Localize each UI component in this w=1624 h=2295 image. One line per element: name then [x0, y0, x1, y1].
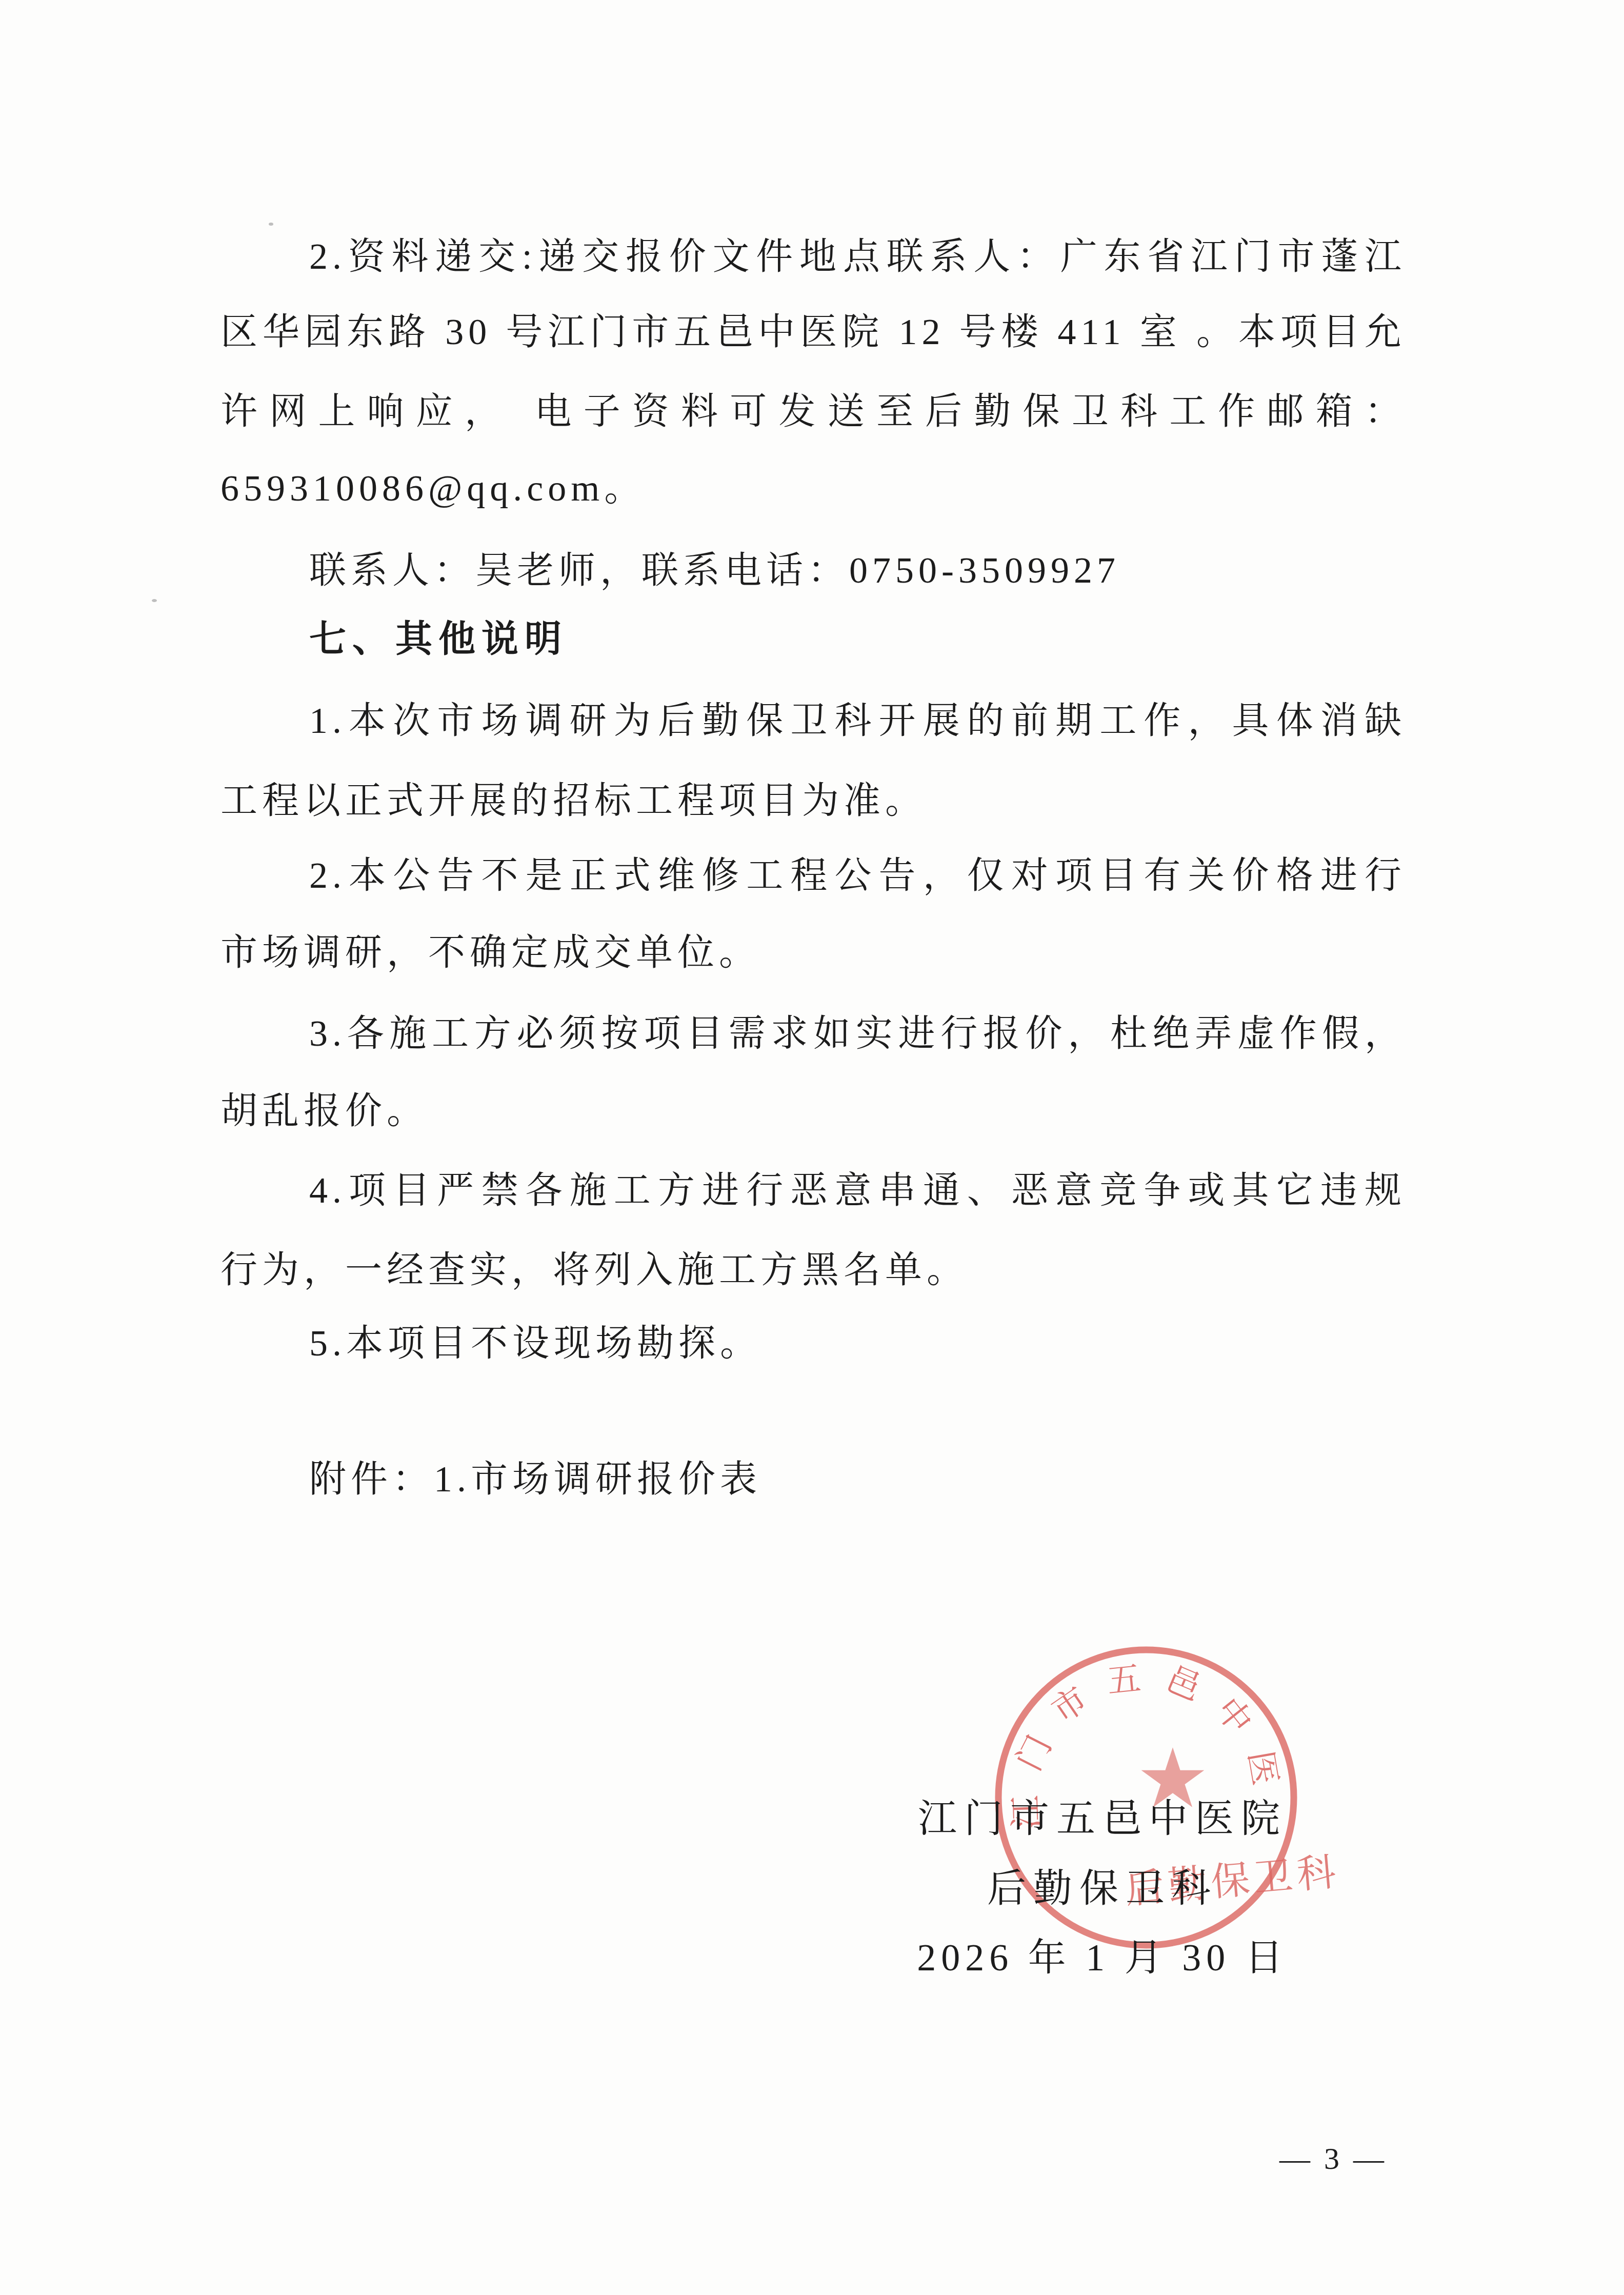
attachment-line: 附件：1.市场调研报价表	[220, 1461, 1406, 1498]
body-line-note4-cont: 行为，一经查实，将列入施工方黑名单。	[220, 1251, 1406, 1288]
signature-org: 江门市五邑中医院	[867, 1800, 1338, 1839]
section-heading: 七、其他说明	[220, 621, 1406, 657]
signature-date: 2026 年 1 月 30 日	[867, 1939, 1338, 1977]
scan-speck	[152, 599, 157, 602]
body-line-note2-cont: 市场调研，不确定成交单位。	[220, 934, 1406, 971]
body-line-note1-cont: 工程以正式开展的招标工程项目为准。	[220, 782, 1406, 819]
body-line-note4: 4.项目严禁各施工方进行恶意串通、恶意竞争或其它违规	[220, 1172, 1406, 1209]
body-line-email-intro: 许网上响应， 电子资料可发送至后勤保卫科工作邮箱：	[220, 393, 1406, 430]
body-line-note5: 5.本项目不设现场勘探。	[220, 1325, 1406, 1362]
document-page: 2.资料递交:递交报价文件地点联系人：广东省江门市蓬江 区华园东路 30 号江门…	[0, 0, 1624, 2295]
body-line-email: 659310086@qq.com。	[220, 470, 1406, 507]
body-line-note3-cont: 胡乱报价。	[220, 1092, 1406, 1129]
body-line-note3: 3.各施工方必须按项目需求如实进行报价，杜绝弄虚作假，	[220, 1015, 1406, 1052]
page-number: — 3 —	[1279, 2141, 1433, 2177]
body-line-contact: 联系人：吴老师，联系电话：0750-3509927	[220, 552, 1406, 589]
body-line-submission: 2.资料递交:递交报价文件地点联系人：广东省江门市蓬江	[220, 238, 1406, 275]
body-line-note2: 2.本公告不是正式维修工程公告，仅对项目有关价格进行	[220, 857, 1406, 894]
body-line-note1: 1.本次市场调研为后勤保卫科开展的前期工作，具体消缺	[220, 702, 1406, 739]
scan-speck	[269, 223, 273, 226]
signature-dept: 后勤保卫科	[867, 1869, 1338, 1908]
body-line-address: 区华园东路 30 号江门市五邑中医院 12 号楼 411 室 。本项目允	[220, 313, 1406, 350]
